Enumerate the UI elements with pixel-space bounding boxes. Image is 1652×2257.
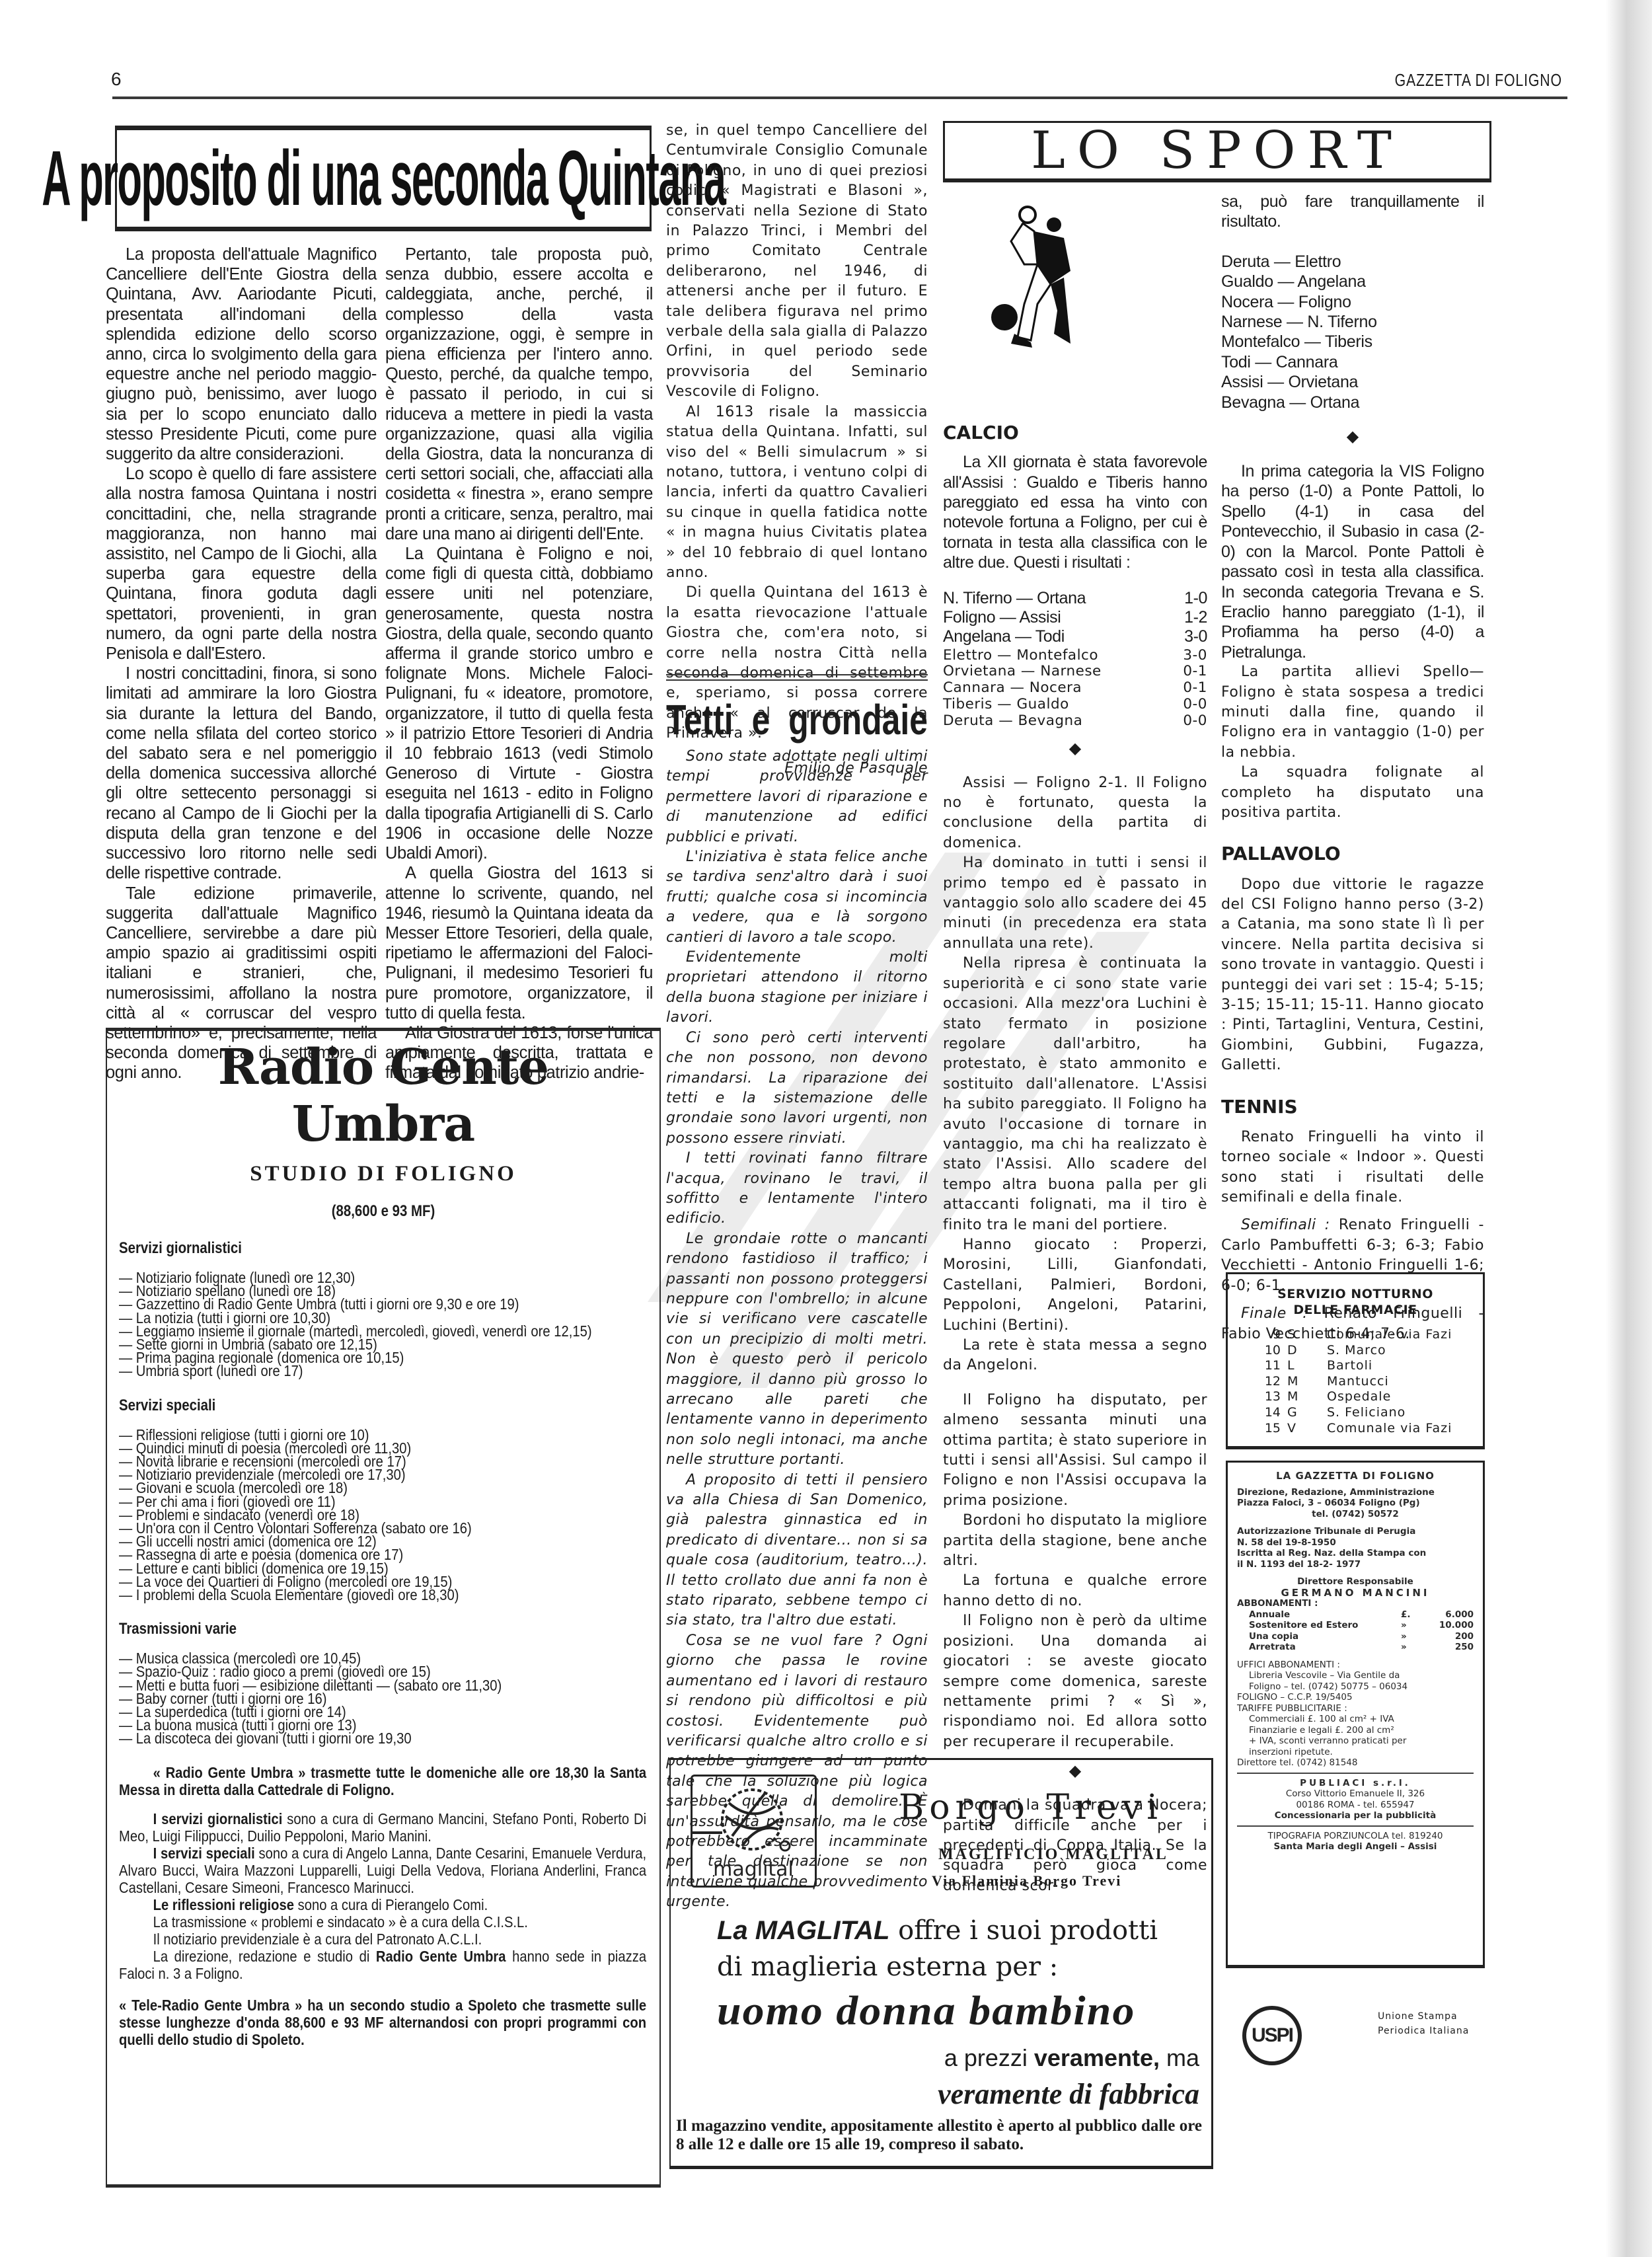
authorization: il N. 1193 del 18-2- 1977 — [1237, 1559, 1474, 1570]
mass-note: « Radio Gente Umbra » trasmette tutte le… — [119, 1764, 646, 1798]
paragraph: La proposta dell'attuale Magnifico Cance… — [106, 245, 377, 464]
calcio-heading: CALCIO — [943, 423, 1207, 443]
ad-line: a prezzi veramente, ma — [944, 2044, 1199, 2072]
spoleto-note: « Tele-Radio Gente Umbra » ha un secondo… — [119, 1997, 646, 2048]
paragraph: Il Foligno non è però da ultime posizion… — [943, 1611, 1207, 1752]
maglital-advertisement: maglital Borgo Trevi MAGLIFICIO MAGLITAL… — [669, 1758, 1213, 2169]
credits-direzione: La direzione, redazione e studio di Radi… — [119, 1948, 646, 1982]
radio-notes: « Radio Gente Umbra » trasmette tutte le… — [119, 1764, 646, 2048]
offices-label: UFFICI ABBONAMENTI : — [1237, 1660, 1474, 1671]
rates-label: TARIFFE PUBBLICITARIE : — [1237, 1703, 1474, 1714]
quintana-column-1: La proposta dell'attuale Magnifico Cance… — [106, 245, 377, 1083]
diamond-separator-icon: ◆ — [1221, 427, 1484, 447]
paragraph: I tetti rovinati fanno filtrare l'acqua,… — [666, 1149, 928, 1229]
maglital-yarn-logo-icon: maglital — [691, 1775, 817, 1888]
paragraph: La fortuna e qualche errore hanno detto … — [943, 1571, 1207, 1611]
result-row: Cannara — Nocera0-1 — [943, 680, 1207, 697]
credits-sindacato: La trasmissione « problemi e sindacato »… — [119, 1913, 646, 1931]
masthead-title: LA GAZZETTA DI FOLIGNO — [1237, 1471, 1474, 1482]
tetti-article: Sono state adottate negli ultimi tempi p… — [666, 747, 928, 1913]
ad-subtitle: MAGLIFICIO MAGLITAL — [938, 1846, 1168, 1864]
paragraph: Ci sono però certi interventi che non po… — [666, 1028, 928, 1149]
prima-categoria: In prima categoria la VIS Foligno ha per… — [1221, 461, 1484, 662]
paragraph: In prima categoria la VIS Foligno ha per… — [1221, 461, 1484, 662]
credits-riflessioni: Le riflessioni religiose sono a cura di … — [119, 1896, 646, 1913]
program-item: —La discoteca dei giovani (tutti i giorn… — [119, 1732, 646, 1745]
prima-categoria-cont: La partita allievi Spello—Foligno è stat… — [1221, 662, 1484, 823]
footballer-illustration-icon — [971, 192, 1090, 357]
result-row: Elettro — Montefalco3-0 — [943, 648, 1207, 664]
paragraph: Bordoni ho disputato la migliore partita… — [943, 1511, 1207, 1571]
paragraph: Evidentemente molti proprietari attendon… — [666, 948, 928, 1028]
paragraph: I nostri concittadini, finora, si sono l… — [106, 664, 377, 883]
continuation: sa, può fare tranquillamente il risultat… — [1221, 192, 1484, 232]
credits-previdenziale: Il notiziario previdenziale è a cura del… — [119, 1931, 646, 1948]
result-row: Deruta — Bevagna0-0 — [943, 713, 1207, 730]
paragraph: La rete è stata messa a segno da Angelon… — [943, 1336, 1207, 1376]
result-row: Foligno — Assisi1-2 — [943, 608, 1207, 627]
radio-program-list: —Musica classica (mercoledì ore 10,45) —… — [119, 1652, 646, 1745]
authorization: Iscritta al Reg. Naz. della Stampa con — [1237, 1548, 1474, 1559]
fixture: Todi — Cannara — [1221, 352, 1484, 372]
radio-section-heading: Servizi speciali — [119, 1396, 568, 1415]
subscription-row: Arretrata»250 — [1237, 1642, 1474, 1653]
results-table: N. Tiferno — Ortana1-0 Foligno — Assisi1… — [943, 589, 1207, 646]
paragraph: Pertanto, tale proposta può, senza dubbi… — [385, 245, 653, 544]
paragraph: La squadra folignate al completo ha disp… — [1221, 763, 1484, 823]
director-name: GERMANO MANCINI — [1237, 1588, 1474, 1599]
publiaci-address: Corso Vittorio Emanuele II, 326 — [1237, 1788, 1474, 1800]
paragraph: Assisi — Foligno 2-1. Il Foligno no è fo… — [943, 773, 1207, 854]
subscription-row: Una copia»200 — [1237, 1631, 1474, 1642]
header-rule — [112, 96, 1567, 99]
pallavolo-heading: PALLAVOLO — [1221, 844, 1484, 864]
ad-line: La MAGLITAL offre i suoi prodotti — [717, 1915, 1158, 1946]
program-item: —Umbria sport (lunedì ore 17) — [119, 1364, 646, 1377]
diamond-separator-icon: ◆ — [943, 739, 1207, 759]
director-label: Direttore Responsabile — [1237, 1576, 1474, 1588]
quintana-title-box: A proposito di una seconda Quintana — [115, 126, 652, 231]
result-row: N. Tiferno — Ortana1-0 — [943, 589, 1207, 608]
paragraph: se, in quel tempo Cancelliere del Centum… — [666, 121, 928, 402]
pharmacy-row: 15VComunale via Fazi — [1228, 1421, 1483, 1437]
paragraph: Sono state adottate negli ultimi tempi p… — [666, 747, 928, 847]
calcio-column: CALCIO La XII giornata è stata favorevol… — [943, 423, 1207, 1896]
ad-line: di maglieria esterna per : — [717, 1952, 1058, 1982]
page-number: 6 — [111, 69, 122, 90]
sport-headline: LO SPORT — [1031, 121, 1404, 180]
authorization: Autorizzazione Tribunale di Perugia — [1237, 1526, 1474, 1537]
subscription-row: Sostenitore ed Estero»10.000 — [1237, 1620, 1474, 1631]
result-row: Angelana — Todi3-0 — [943, 627, 1207, 646]
pharmacy-row: 10DS. Marco — [1228, 1343, 1483, 1359]
ad-brand: Borgo Trevi — [899, 1788, 1163, 1827]
pharmacy-row: 12MMantucci — [1228, 1374, 1483, 1390]
publiaci-role: Concessionaria per la pubblicità — [1237, 1810, 1474, 1821]
radio-program-list: —Riflessioni religiose (tutti i giorni o… — [119, 1428, 646, 1602]
address-line: Direzione, Redazione, Amministrazione — [1237, 1487, 1474, 1498]
radio-studio: STUDIO DI FOLIGNO — [119, 1162, 648, 1186]
fixture: Assisi — Orvietana — [1221, 372, 1484, 392]
paragraph: La partita allievi Spello—Foligno è stat… — [1221, 662, 1484, 763]
ccp: FOLIGNO – C.C.P. 19/5405 — [1237, 1692, 1474, 1703]
publiaci-name: PUBLIACI s.r.l. — [1237, 1778, 1474, 1789]
ad-hours: Il magazzino vendite, appositamente alle… — [676, 2117, 1202, 2154]
offices-line: Foligno – tel. (0742) 50775 – 06034 — [1237, 1681, 1474, 1693]
uspi-text: Unione Stampa Periodica Italiana — [1378, 2009, 1469, 2038]
ad-slogan: veramente di fabbrica — [938, 2077, 1199, 2111]
gazzetta-masthead-box: LA GAZZETTA DI FOLIGNO Direzione, Redazi… — [1226, 1461, 1485, 1968]
printer: TIPOGRAFIA PORZIUNCOLA tel. 819240 — [1237, 1831, 1474, 1842]
page-edge-shadow — [1606, 0, 1652, 2257]
fixtures-list: Deruta — Elettro Gualdo — Angelana Nocer… — [1221, 252, 1484, 412]
pharmacy-row: 11LBartoli — [1228, 1358, 1483, 1374]
uspi-logo-icon: USPI — [1242, 2006, 1302, 2065]
ad-slogan: uomo donna bambino — [717, 1988, 1135, 2035]
rates-line: inserzioni ripetute. — [1237, 1747, 1474, 1758]
divider — [1237, 1773, 1474, 1774]
address-line: Piazza Faloci, 3 – 06034 Foligno (Pg) — [1237, 1498, 1474, 1509]
quintana-column-2: Pertanto, tale proposta può, senza dubbi… — [385, 245, 653, 1083]
quintana-headline: A proposito di una seconda Quintana — [42, 134, 725, 223]
rates-line: Commerciali £. 100 al cm² + IVA — [1237, 1714, 1474, 1725]
pharmacy-row: 9SComunale via Fazi — [1228, 1327, 1483, 1343]
printer-location: Santa Maria degli Angeli – Assisi — [1237, 1841, 1474, 1853]
radio-frequencies: (88,600 e 93 MF) — [159, 1202, 608, 1221]
ad-address: Via Flaminia Borgo Trevi — [932, 1872, 1121, 1890]
radio-title: Radio Gente Umbra — [119, 1039, 648, 1153]
paragraph: Renato Fringuelli ha vinto il torneo soc… — [1221, 1128, 1484, 1208]
result-row: Tiberis — Gualdo0-0 — [943, 697, 1207, 713]
radio-section-heading: Trasmissioni varie — [119, 1620, 568, 1638]
pharmacy-title: SERVIZIO NOTTURNO DELLE FARMACIE — [1228, 1286, 1483, 1318]
radio-gente-umbra-box: Radio Gente Umbra STUDIO DI FOLIGNO (88,… — [106, 1028, 661, 2188]
radio-program-list: —Notiziario folignate (lunedì ore 12,30)… — [119, 1271, 646, 1378]
paragraph: Nella ripresa è continuata la superiorit… — [943, 954, 1207, 1235]
radio-section-heading: Servizi giornalistici — [119, 1239, 568, 1258]
fixture: Deruta — Elettro — [1221, 252, 1484, 272]
publiaci-address: 00186 ROMA - tel. 655947 — [1237, 1800, 1474, 1811]
result-row: Orvietana — Narnese0-1 — [943, 664, 1207, 680]
paragraph: A proposito di tetti il pensiero va alla… — [666, 1471, 928, 1631]
rates-line: + IVA, sconti verranno praticati per — [1237, 1736, 1474, 1747]
sport-title-box: LO SPORT — [943, 121, 1491, 182]
paragraph: Il Foligno ha disputato, per almeno sess… — [943, 1391, 1207, 1511]
paragraph: Dopo due vittorie le ragazze del CSI Fol… — [1221, 875, 1484, 1076]
director-phone: Direttore tel. (0742) 81548 — [1237, 1757, 1474, 1769]
paragraph: Al 1613 risale la massiccia statua della… — [666, 402, 928, 584]
paragraph: Le grondaie rotte o mancanti rendono fas… — [666, 1229, 928, 1471]
section-divider — [666, 674, 928, 681]
calcio-intro: La XII giornata è stata favorevole all'A… — [943, 452, 1207, 572]
tetti-headline: Tetti e grondaie — [666, 695, 867, 744]
running-head: GAZZETTA DI FOLIGNO — [1395, 70, 1562, 91]
phone: tel. (0742) 50572 — [1237, 1509, 1474, 1520]
paragraph: Hanno giocato : Properzi, Morosini, Lill… — [943, 1235, 1207, 1336]
paragraph: L'iniziativa è stata felice anche se tar… — [666, 847, 928, 948]
pallavolo-text: Dopo due vittorie le ragazze del CSI Fol… — [1221, 875, 1484, 1076]
fixture: Gualdo — Angelana — [1221, 272, 1484, 291]
subscription-row: Annuale£.6.000 — [1237, 1609, 1474, 1621]
subscriptions-label: ABBONAMENTI : — [1237, 1598, 1474, 1609]
fixture: Montefalco — Tiberis — [1221, 332, 1484, 352]
pharmacy-list: 9SComunale via Fazi 10DS. Marco 11LBarto… — [1228, 1327, 1483, 1436]
results-table-continued: Elettro — Montefalco3-0 Orvietana — Narn… — [943, 648, 1207, 730]
credits-speciali: I servizi speciali sono a cura di Angelo… — [119, 1845, 646, 1896]
rates-line: Finanziarie e legali £. 200 al cm² — [1237, 1725, 1474, 1736]
paragraph: Lo scopo è quello di fare assistere alla… — [106, 464, 377, 664]
paragraph: Ha dominato in tutti i sensi il primo te… — [943, 853, 1207, 954]
fixture: Narnese — N. Tiferno — [1221, 312, 1484, 332]
credits-giornalistici: I servizi giornalistici sono a cura di G… — [119, 1810, 646, 1845]
svg-text:maglital: maglital — [713, 1858, 794, 1881]
authorization: N. 58 del 19-8-1950 — [1237, 1537, 1474, 1549]
calcio-report: Assisi — Foligno 2-1. Il Foligno no è fo… — [943, 773, 1207, 1753]
offices-line: Libreria Vescovile – Via Gentile da — [1237, 1670, 1474, 1681]
sport-right-column: sa, può fare tranquillamente il risultat… — [1221, 192, 1484, 1344]
fixture: Nocera — Foligno — [1221, 292, 1484, 312]
fixture: Bevagna — Ortana — [1221, 393, 1484, 412]
pharmacy-row: 14GS. Feliciano — [1228, 1405, 1483, 1421]
pharmacy-row: 13MOspedale — [1228, 1389, 1483, 1405]
pharmacy-night-service-box: SERVIZIO NOTTURNO DELLE FARMACIE 9SComun… — [1226, 1272, 1485, 1449]
paragraph: La Quintana è Foligno e noi, come figli … — [385, 544, 653, 863]
divider — [1237, 1825, 1474, 1827]
tennis-heading: TENNIS — [1221, 1097, 1484, 1117]
paragraph: A quella Giostra del 1613 si attenne lo … — [385, 863, 653, 1023]
program-item: —I problemi della Scuola Elementare (gio… — [119, 1588, 646, 1601]
